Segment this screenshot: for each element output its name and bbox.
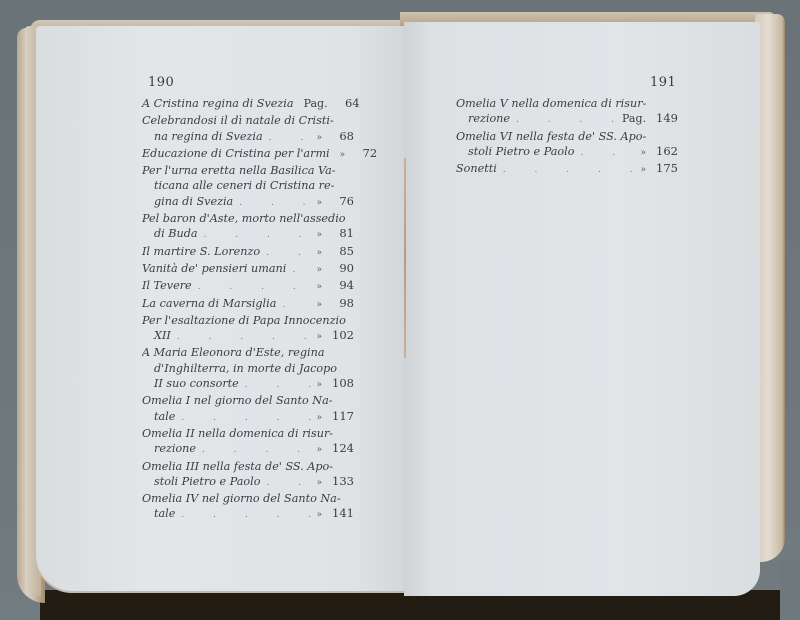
toc-page-number: 162 [646,144,678,159]
toc-entry-title-line: tale [154,409,175,424]
toc-entry: A Cristina regina di Svezia. . . . . . .… [142,96,354,113]
toc-page-number: 94 [322,278,354,293]
leader-dots: . . . . . . . . . . . [175,411,312,426]
toc-entry-title-line: na regina di Svezia [154,129,263,144]
toc-entry-title-line: tale [154,506,175,521]
toc-entry-title-line: Omelia IV nel giorno del Santo Na- [142,491,354,506]
leader-dots: . . . . . . . . . . . [510,113,618,128]
toc-page-number: 133 [322,474,354,489]
toc-entry: A Maria Eleonora d'Este, reginad'Inghilt… [142,345,354,393]
toc-entry-title-line: Omelia I nel giorno del Santo Na- [142,393,354,408]
toc-entry: Omelia III nella festa de' SS. Apo-stoli… [142,459,354,492]
page-marker: Pag. [622,111,646,126]
toc-entry-title-line: ticana alle ceneri di Cristina re- [142,178,354,193]
toc-entry-title-line: Omelia V nella domenica di risur- [456,96,678,111]
leader-dots: . . . . . . . . . . . [276,298,312,313]
toc-entry-title-line: Vanità de' pensieri umani [142,261,286,276]
leader-dots: . . . . . . . . . . . [497,163,637,178]
toc-entry-title-line: Omelia III nella festa de' SS. Apo- [142,459,354,474]
toc-entry-title-line: Per l'esaltazione di Papa Innocenzio [142,313,354,328]
leader-dots: . . . . . . . . . . . [294,98,300,113]
leader-dots: . . . . . . . . . . . [175,508,312,523]
toc-entry-title-line: Omelia II nella domenica di risur- [142,426,354,441]
toc-entry-title-line: La caverna di Marsiglia [142,296,276,311]
toc-page-number: 175 [646,161,678,176]
binding-thread [404,158,406,358]
toc-entry-title-line: rezione [154,441,196,456]
toc-entry: Omelia I nel giorno del Santo Na-tale. .… [142,393,354,426]
page-number-right: 191 [650,75,676,90]
toc-entry: Omelia IV nel giorno del Santo Na-tale. … [142,491,354,524]
toc-page-number: 81 [322,226,354,241]
page-number-left: 190 [148,75,174,90]
toc-page-number: 68 [322,129,354,144]
toc-entry: Vanità de' pensieri umani. . . . . . . .… [142,261,354,278]
table-of-contents-left: A Cristina regina di Svezia. . . . . . .… [142,96,354,524]
toc-entry: Omelia VI nella festa de' SS. Apo-stoli … [456,129,678,162]
toc-entry: Il Tevere. . . . . . . . . . .»94 [142,278,354,295]
toc-entry-title-line: XII [154,328,171,343]
toc-page-number: 149 [646,111,678,126]
page-marker: Pag. [304,96,328,111]
toc-entry-title-line: di Buda [154,226,198,241]
toc-entry-title-line: Educazione di Cristina per l'armi [142,146,330,161]
leader-dots: . . . . . . . . . . . [330,148,336,163]
leader-dots: . . . . . . . . . . . [574,146,636,161]
toc-page-number: 102 [322,328,354,343]
toc-page-number: 141 [322,506,354,521]
toc-entry-title-line: Pel baron d'Aste, morto nell'assedio [142,211,354,226]
leader-dots: . . . . . . . . . . . [239,378,313,393]
toc-entry-title-line: II suo consorte [154,376,239,391]
toc-page-number: 117 [322,409,354,424]
toc-page-number: 90 [322,261,354,276]
toc-entry-title-line: Sonetti [456,161,497,176]
toc-entry-title-line: A Cristina regina di Svezia [142,96,294,111]
leader-dots: . . . . . . . . . . . [196,443,312,458]
toc-entry-title-line: Omelia VI nella festa de' SS. Apo- [456,129,678,144]
toc-entry-title-line: gina di Svezia [154,194,233,209]
toc-entry-title-line: Per l'urna eretta nella Basilica Va- [142,163,354,178]
toc-entry-title-line: d'Inghilterra, in morte di Jacopo [142,361,354,376]
toc-entry: Omelia V nella domenica di risur-rezione… [456,96,678,129]
toc-entry-title-line: stoli Pietro e Paolo [468,144,574,159]
toc-entry: Sonetti. . . . . . . . . . .»175 [456,161,678,178]
toc-entry-title-line: rezione [468,111,510,126]
toc-page-number: 72 [345,146,377,161]
toc-page-number: 76 [322,194,354,209]
toc-entry-title-line: A Maria Eleonora d'Este, regina [142,345,354,360]
toc-entry-title-line: Celebrandosi il dì natale di Cristi- [142,113,354,128]
toc-page-number: 124 [322,441,354,456]
table-of-contents-right: Omelia V nella domenica di risur-rezione… [456,96,678,178]
toc-page-number: 64 [328,96,360,111]
leader-dots: . . . . . . . . . . . [198,228,313,243]
toc-entry: Per l'urna eretta nella Basilica Va-tica… [142,163,354,211]
toc-page-number: 98 [322,296,354,311]
leader-dots: . . . . . . . . . . . [192,280,313,295]
toc-entry: La caverna di Marsiglia. . . . . . . . .… [142,296,354,313]
leader-dots: . . . . . . . . . . . [233,196,312,211]
leader-dots: . . . . . . . . . . . [263,131,313,146]
toc-page-number: 85 [322,244,354,259]
toc-entry-title-line: Il Tevere [142,278,192,293]
toc-entry-title-line: Il martire S. Lorenzo [142,244,260,259]
toc-entry-title-line: stoli Pietro e Paolo [154,474,260,489]
leader-dots: . . . . . . . . . . . [260,246,312,261]
background-surface [780,560,800,620]
leader-dots: . . . . . . . . . . . [171,330,313,345]
leader-dots: . . . . . . . . . . . [286,263,312,278]
toc-entry: Omelia II nella domenica di risur-rezion… [142,426,354,459]
toc-entry: Pel baron d'Aste, morto nell'assediodi B… [142,211,354,244]
toc-entry: Celebrandosi il dì natale di Cristi-na r… [142,113,354,146]
toc-entry: Per l'esaltazione di Papa InnocenzioXII.… [142,313,354,346]
toc-entry: Educazione di Cristina per l'armi. . . .… [142,146,354,163]
toc-page-number: 108 [322,376,354,391]
leader-dots: . . . . . . . . . . . [260,476,312,491]
toc-entry: Il martire S. Lorenzo. . . . . . . . . .… [142,244,354,261]
